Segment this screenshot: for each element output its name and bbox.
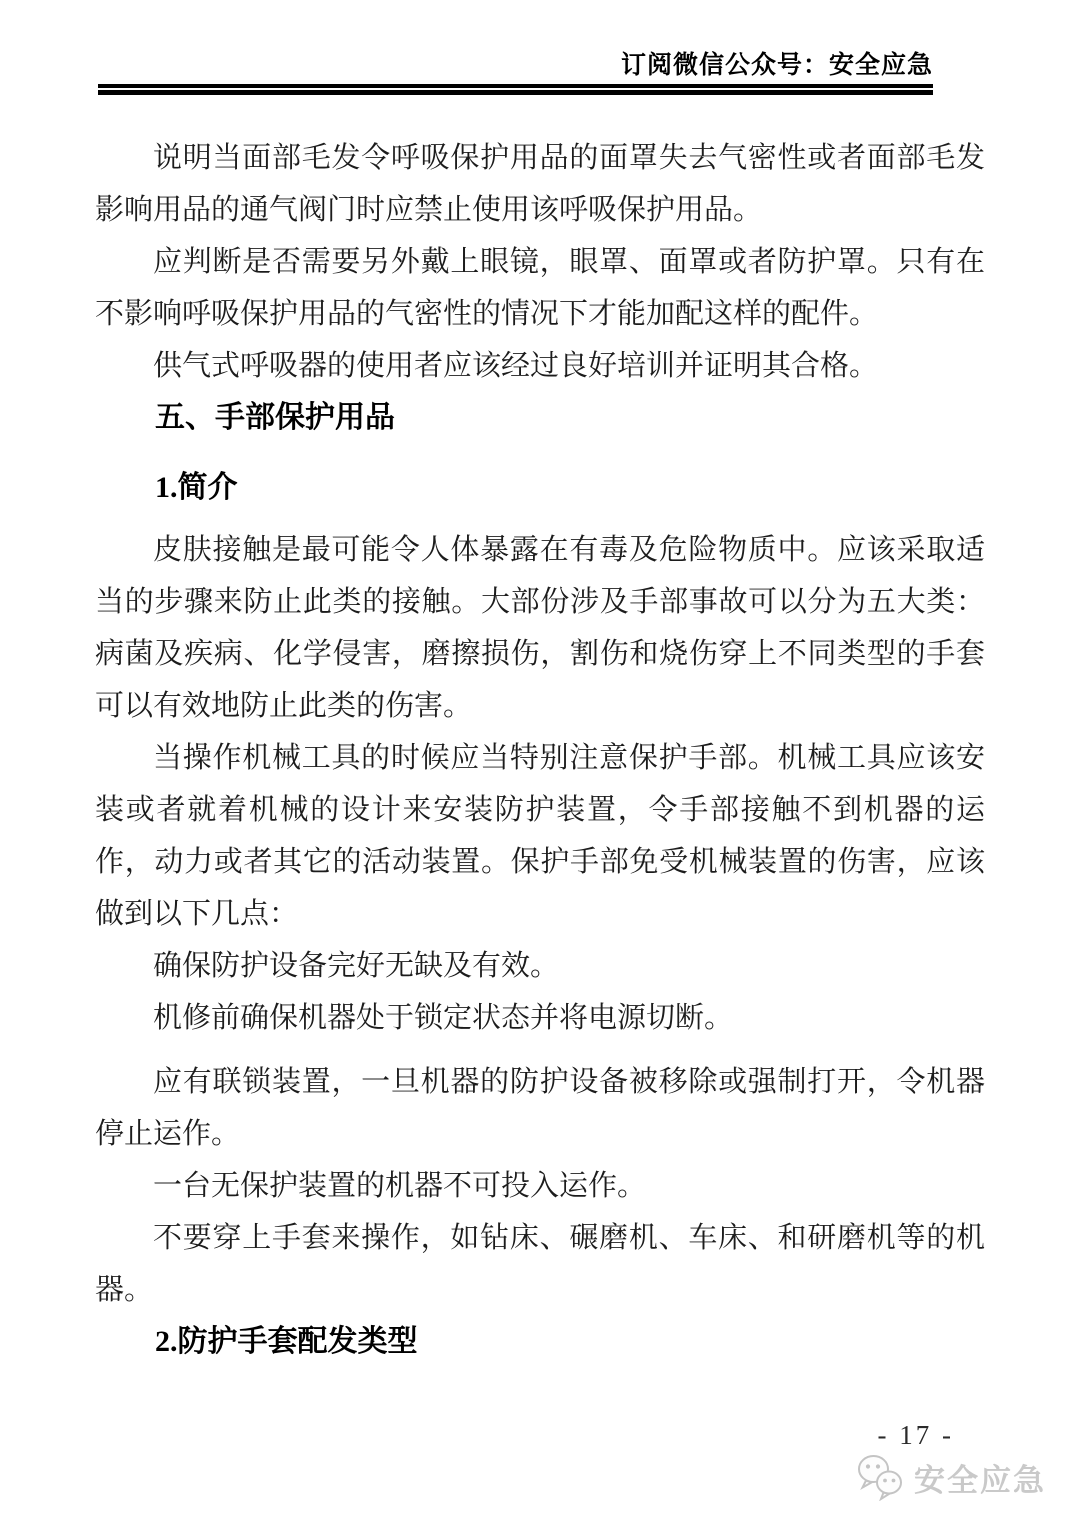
- header-subscription-label: 订阅微信公众号：安全应急: [98, 50, 933, 80]
- header-rule-thin: [98, 84, 933, 88]
- document-body: 说明当面部毛发令呼吸保护用品的面罩失去气密性或者面部毛发影响用品的通气阀门时应禁…: [95, 132, 985, 1368]
- subheading-intro: 1.简介: [95, 462, 985, 514]
- paragraph-unguarded-machine: 一台无保护装置的机器不可投入运作。: [95, 1160, 985, 1212]
- paragraph-interlock-device: 应有联锁装置，一旦机器的防护设备被移除或强制打开，令机器停止运作。: [95, 1056, 985, 1160]
- paragraph-guard-intact: 确保防护设备完好无缺及有效。: [95, 940, 985, 992]
- paragraph-supplied-air-training: 供气式呼吸器的使用者应该经过良好培训并证明其合格。: [95, 340, 985, 392]
- paragraph-lockout-power: 机修前确保机器处于锁定状态并将电源切断。: [95, 992, 985, 1044]
- subheading-glove-types: 2.防护手套配发类型: [95, 1316, 985, 1368]
- document-page: 订阅微信公众号：安全应急 说明当面部毛发令呼吸保护用品的面罩失去气密性或者面部毛…: [0, 0, 1080, 1527]
- paragraph-no-gloves-machines: 不要穿上手套来操作，如钻床、碾磨机、车床、和研磨机等的机器。: [95, 1212, 985, 1316]
- paragraph-machine-tools: 当操作机械工具的时候应当特别注意保护手部。机械工具应该安装或者就着机械的设计来安…: [95, 732, 985, 940]
- paragraph-extra-eyewear: 应判断是否需要另外戴上眼镜，眼罩、面罩或者防护罩。只有在不影响呼吸保护用品的气密…: [95, 236, 985, 340]
- paragraph-skin-contact: 皮肤接触是最可能令人体暴露在有毒及危险物质中。应该采取适当的步骤来防止此类的接触…: [95, 524, 985, 732]
- brand-watermark: 安全应急: [855, 1453, 1046, 1501]
- paragraph-respirator-facial-hair: 说明当面部毛发令呼吸保护用品的面罩失去气密性或者面部毛发影响用品的通气阀门时应禁…: [95, 132, 985, 236]
- header-rule-thick: [98, 90, 933, 95]
- section-heading-hand-protection: 五、手部保护用品: [95, 392, 985, 444]
- wechat-icon: [855, 1453, 907, 1501]
- page-number: - 17 -: [878, 1420, 954, 1451]
- brand-label: 安全应急: [914, 1455, 1046, 1500]
